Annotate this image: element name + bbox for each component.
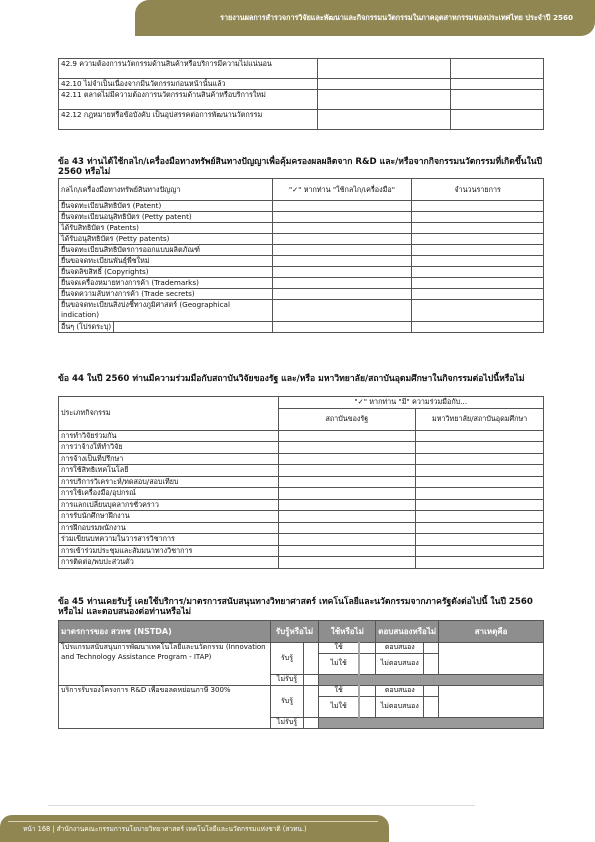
row-label: 42.9 ความต้องการนวัตกรรมด้านสินค้าหรือบร… [59,59,318,79]
table-row: การเข้าร่วมประชุมและสัมมนาทางวิชาการ [59,545,544,557]
check-cell[interactable] [272,234,412,245]
table-header-row: กลไก/เครื่องมือทางทรัพย์สินทางปัญญา "✓" … [59,179,544,201]
check-cell[interactable] [272,223,412,234]
section44-title: ข้อ 44 ในปี 2560 ท่านมีความร่วมมือกับสถา… [58,374,548,384]
state-institute-check[interactable] [278,545,416,557]
section43-table: กลไก/เครื่องมือทางทรัพย์สินทางปัญญา "✓" … [58,178,544,333]
measure-label: บริการรับรองโครงการ R&D เพื่อขอลดหย่อนภา… [59,686,271,729]
table-row: บริการรับรองโครงการ R&D เพื่อขอลดหย่อนภา… [59,686,544,697]
header-university: มหาวิทยาลัย/สถาบันอุดมศึกษา [416,408,544,430]
measure-label: โปรแกรมสนับสนุนการพัฒนาเทคโนโลยีและนวัตก… [59,643,271,686]
check-cell[interactable] [272,267,412,278]
count-cell[interactable] [412,245,544,256]
row-label: การใช้สิทธิเทคโนโลยี [59,465,279,477]
row-label: 42.10 ไม่จำเป็นเนื่องจากมีนวัตกรรมก่อนหน… [59,79,318,90]
check-cell[interactable] [318,59,451,79]
table-row: ยื่นจดลิขสิทธิ์ (Copyrights) [59,267,544,278]
header-reason: สาเหตุคือ [439,621,544,643]
section43-title: ข้อ 43 ท่านได้ใช้กลไก/เครื่องมือทางทรัพย… [58,157,548,177]
header-check: "✓" หากท่าน "ใช้กลไก/เครื่องมือ" [272,179,412,201]
row-label: การเข้าร่วมประชุมและสัมมนาทางวิชาการ [59,545,279,557]
header-used: ใช้หรือไม่ [319,621,376,643]
table-row: ยื่นขอจดทะเบียนพันธุ์พืชใหม่ [59,256,544,267]
row-label: ยื่นจดทะเบียนสิทธิบัตร (Patent) [59,201,273,212]
row-label: ยื่นจดลิขสิทธิ์ (Copyrights) [59,267,273,278]
table-row: การรับนักศึกษาฝึกงาน [59,511,544,523]
table-row: ยื่นขอจดทะเบียนสิ่งบ่งชี้ทางภูมิศาสตร์ (… [59,300,544,322]
university-check[interactable] [416,476,544,488]
value-cell[interactable] [451,79,544,90]
row-label: 42.11 ตลาดไม่มีความต้องการนวัตกรรมด้านสิ… [59,90,318,110]
row-label: ร่วมเขียนบทความในวารสารวิชาการ [59,534,279,546]
used-label: ใช้ [319,643,359,654]
university-check[interactable] [416,545,544,557]
row-label: การรับนักศึกษาฝึกงาน [59,511,279,523]
table-row: 42.9 ความต้องการนวัตกรรมด้านสินค้าหรือบร… [59,59,544,79]
table-row: โปรแกรมสนับสนุนการพัฒนาเทคโนโลยีและนวัตก… [59,643,544,654]
header-band: รายงานผลการสำรวจการวิจัยและพัฒนาและกิจกร… [135,0,595,36]
count-cell[interactable] [412,256,544,267]
table-row: 42.12 กฎหมายหรือข้อบังคับ เป็นอุปสรรคต่อ… [59,110,544,130]
check-cell[interactable] [318,90,451,110]
university-check[interactable] [416,453,544,465]
row-label: อื่นๆ (โปรดระบุ) [59,322,114,332]
row-label: ยื่นจดทะเบียนอนุสิทธิบัตร (Petty patent) [59,212,273,223]
university-check[interactable] [416,499,544,511]
row-label: ยื่นจดทะเบียนสิทธิบัตรการออกแบบผลิตภัณฑ์ [59,245,273,256]
table-row: การทำวิจัยร่วมกัน [59,430,544,442]
responsive-label: ตอบสนอง [376,686,424,697]
university-check[interactable] [416,430,544,442]
not-aware-check[interactable] [304,718,319,729]
check-cell[interactable] [318,79,451,90]
table-row: ได้รับอนุสิทธิบัตร (Petty patents) [59,234,544,245]
aware-check[interactable] [304,686,319,718]
count-cell[interactable] [412,201,544,212]
row-label: ยื่นขอจดทะเบียนสิ่งบ่งชี้ทางภูมิศาสตร์ (… [59,300,273,322]
aware-label: รับรู้ [270,686,304,718]
table-row: ยื่นจดความลับทางการค้า (Trade secrets) [59,289,544,300]
count-cell[interactable] [412,322,544,333]
not-responsive-check[interactable] [424,697,439,718]
value-cell[interactable] [451,110,544,130]
table-header-row: ประเภทกิจกรรม "✓" หากท่าน "มี" ความร่วมม… [59,397,544,409]
row-label: 42.12 กฎหมายหรือข้อบังคับ เป็นอุปสรรคต่อ… [59,110,318,130]
table-row: ยื่นจดทะเบียนสิทธิบัตร (Patent) [59,201,544,212]
aware-label: รับรู้ [270,643,304,675]
value-cell[interactable] [451,59,544,79]
row-label: การจ้างเป็นที่ปรึกษา [59,453,279,465]
row-label: การทำวิจัยร่วมกัน [59,430,279,442]
not-responsive-label: ไม่ตอบสนอง [376,697,424,718]
table-row: ยื่นจดทะเบียนสิทธิบัตรการออกแบบผลิตภัณฑ์ [59,245,544,256]
table-row: การบริการวิเคราะห์/ทดสอบ/สอบเทียบ [59,476,544,488]
row-label: การบริการวิเคราะห์/ทดสอบ/สอบเทียบ [59,476,279,488]
row-label: การแลกเปลี่ยนบุคลากรชั่วคราว [59,499,279,511]
section44-table: ประเภทกิจกรรม "✓" หากท่าน "มี" ความร่วมม… [58,396,544,569]
aware-check[interactable] [304,643,319,675]
check-cell[interactable] [272,256,412,267]
university-check[interactable] [416,465,544,477]
check-cell[interactable] [272,245,412,256]
not-used-check[interactable] [359,654,376,675]
footer-rule [8,821,378,822]
state-institute-check[interactable] [278,511,416,523]
row-label: ได้รับสิทธิบัตร (Patents) [59,223,273,234]
check-cell[interactable] [272,278,412,289]
check-cell[interactable] [272,201,412,212]
count-cell[interactable] [412,267,544,278]
used-check[interactable] [359,643,376,654]
not-used-label: ไม่ใช้ [319,697,359,718]
state-institute-check[interactable] [278,476,416,488]
row-label: ได้รับอนุสิทธิบัตร (Petty patents) [59,234,273,245]
university-check[interactable] [416,511,544,523]
check-cell[interactable] [318,110,451,130]
header-responsive: ตอบสนองหรือไม่ [376,621,439,643]
row-label: การติดต่อ/พบปะส่วนตัว [59,557,279,569]
table-row: การว่าจ้างให้ทำวิจัย [59,442,544,454]
state-institute-check[interactable] [278,488,416,500]
table-row: ร่วมเขียนบทความในวารสารวิชาการ [59,534,544,546]
not-responsive-label: ไม่ตอบสนอง [376,654,424,675]
responsive-check[interactable] [424,686,439,697]
not-aware-label: ไม่รับรู้ [270,718,304,729]
count-cell[interactable] [412,278,544,289]
section45-table: มาตรการของ สวทช (NSTDA) รับรู้หรือไม่ ใช… [58,620,544,729]
table-row: การใช้สิทธิเทคโนโลยี [59,465,544,477]
state-institute-check[interactable] [278,442,416,454]
not-responsive-check[interactable] [424,654,439,675]
university-check[interactable] [416,488,544,500]
check-cell[interactable] [272,289,412,300]
header-measure: มาตรการของ สวทช (NSTDA) [59,621,271,643]
state-institute-check[interactable] [278,499,416,511]
table-row: ยื่นจดทะเบียนอนุสิทธิบัตร (Petty patent) [59,212,544,223]
section45-title: ข้อ 45 ท่านเคยรับรู้ เคยใช้บริการ/มาตรกา… [58,597,548,617]
table-row: การแลกเปลี่ยนบุคลากรชั่วคราว [59,499,544,511]
row-label: ยื่นขอจดทะเบียนพันธุ์พืชใหม่ [59,256,273,267]
not-aware-label: ไม่รับรู้ [270,675,304,686]
table-row: การใช้เครื่องมือ/อุปกรณ์ [59,488,544,500]
not-used-check[interactable] [359,697,376,718]
row-label: การว่าจ้างให้ทำวิจัย [59,442,279,454]
count-cell[interactable] [412,223,544,234]
state-institute-check[interactable] [278,534,416,546]
responsive-label: ตอบสนอง [376,643,424,654]
count-cell[interactable] [412,300,544,322]
responsive-check[interactable] [424,643,439,654]
table-row: 42.10 ไม่จำเป็นเนื่องจากมีนวัตกรรมก่อนหน… [59,79,544,90]
header-count: จำนวนรายการ [412,179,544,201]
row-label: การใช้เครื่องมือ/อุปกรณ์ [59,488,279,500]
table-header-row: มาตรการของ สวทช (NSTDA) รับรู้หรือไม่ ใช… [59,621,544,643]
check-cell[interactable] [272,212,412,223]
university-check[interactable] [416,534,544,546]
section42-table: 42.9 ความต้องการนวัตกรรมด้านสินค้าหรือบร… [58,58,544,130]
table-row: การฝึกอบรมพนักงาน [59,522,544,534]
state-institute-check[interactable] [278,430,416,442]
specify-field[interactable] [114,322,271,332]
value-cell[interactable] [451,90,544,110]
check-cell[interactable] [272,322,412,333]
reason-field[interactable] [439,686,544,718]
university-check[interactable] [416,557,544,569]
footer-divider [48,805,475,806]
count-cell[interactable] [412,212,544,223]
header-aware: รับรู้หรือไม่ [270,621,319,643]
table-row: 42.11 ตลาดไม่มีความต้องการนวัตกรรมด้านสิ… [59,90,544,110]
table-row: อื่นๆ (โปรดระบุ) [59,322,544,333]
row-label: การฝึกอบรมพนักงาน [59,522,279,534]
table-row: การติดต่อ/พบปะส่วนตัว [59,557,544,569]
not-used-label: ไม่ใช้ [319,654,359,675]
check-cell[interactable] [272,300,412,322]
row-label: ยื่นจดความลับทางการค้า (Trade secrets) [59,289,273,300]
state-institute-check[interactable] [278,465,416,477]
used-check[interactable] [359,686,376,697]
header-mechanism: กลไก/เครื่องมือทางทรัพย์สินทางปัญญา [59,179,273,201]
not-aware-check[interactable] [304,675,319,686]
header-group: "✓" หากท่าน "มี" ความร่วมมือกับ... [278,397,544,409]
disabled-area [319,718,544,729]
count-cell[interactable] [412,289,544,300]
disabled-area [319,675,544,686]
university-check[interactable] [416,442,544,454]
report-title: รายงานผลการสำรวจการวิจัยและพัฒนาและกิจกร… [220,13,573,24]
count-cell[interactable] [412,234,544,245]
reason-field[interactable] [439,643,544,675]
university-check[interactable] [416,522,544,534]
footer-text: หน้า 168 | สำนักงานคณะกรรมการนโยบายวิทยา… [23,823,307,834]
state-institute-check[interactable] [278,557,416,569]
footer-band: หน้า 168 | สำนักงานคณะกรรมการนโยบายวิทยา… [0,815,389,842]
row-label: ยื่นจดเครื่องหมายทางการค้า (Trademarks) [59,278,273,289]
table-row: ได้รับสิทธิบัตร (Patents) [59,223,544,234]
header-state-institute: สถาบันของรัฐ [278,408,416,430]
used-label: ใช้ [319,686,359,697]
state-institute-check[interactable] [278,522,416,534]
state-institute-check[interactable] [278,453,416,465]
table-row: ยื่นจดเครื่องหมายทางการค้า (Trademarks) [59,278,544,289]
header-activity: ประเภทกิจกรรม [59,397,279,431]
table-row: การจ้างเป็นที่ปรึกษา [59,453,544,465]
